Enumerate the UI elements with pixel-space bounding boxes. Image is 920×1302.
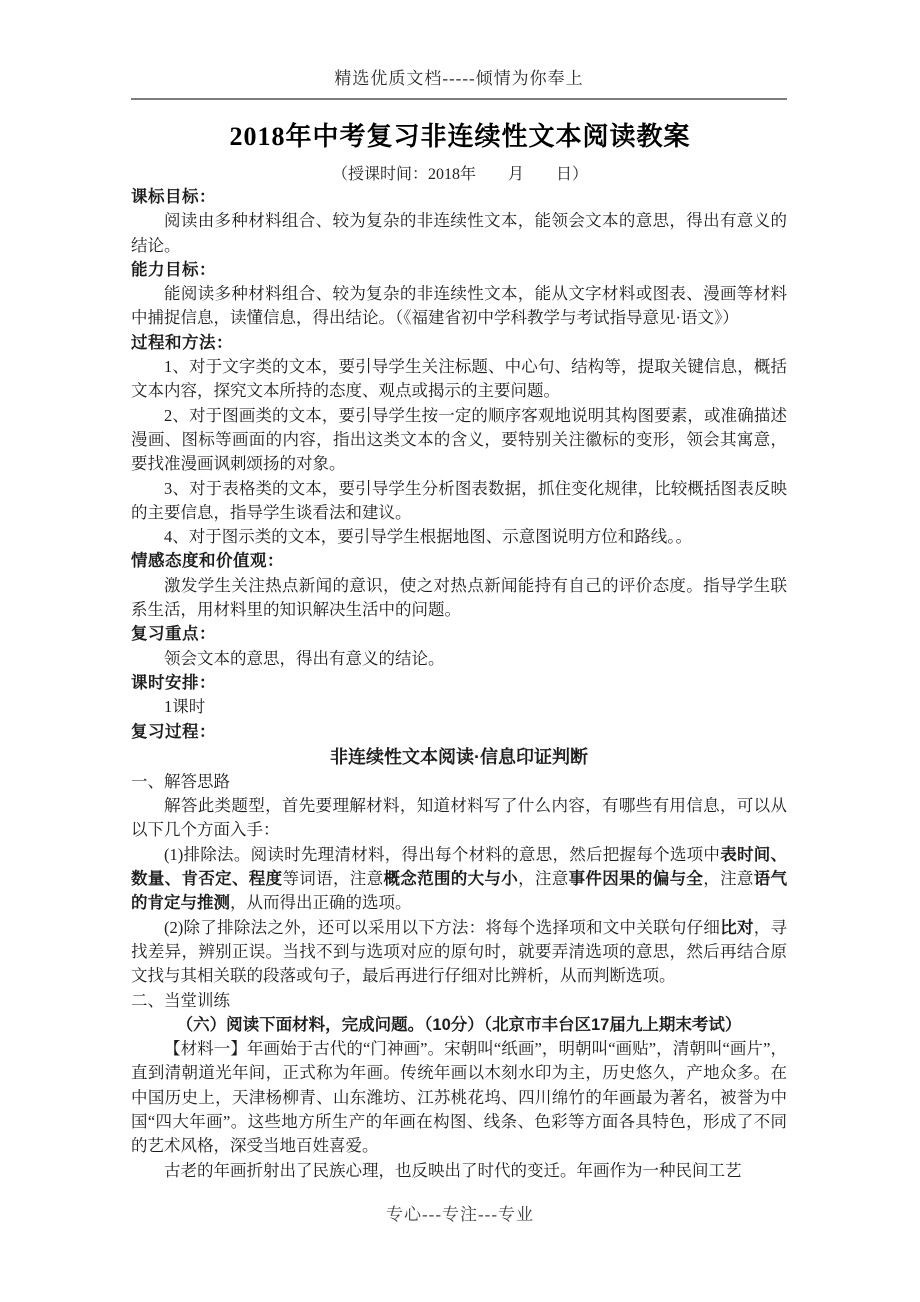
text-run: 古老的年画折射出了民族心理，也反映出了时代的变迁。年画作为一种民间工艺 [164, 1161, 742, 1180]
text-run: 非连续性文本阅读·信息印证判断 [330, 747, 588, 767]
paragraph: 解答此类题型，首先要理解材料，知道材料写了什么内容，有哪些有用信息，可以从以下几… [131, 794, 787, 843]
paragraph: (2)除了排除法之外，还可以采用以下方法：将每个选择项和文中关联句仔细比对，寻找… [131, 916, 787, 989]
text-run: 1课时 [164, 697, 205, 716]
paragraph: (1)排除法。阅读时先理清材料，得出每个材料的意思，然后把握每个选项中表时间、数… [131, 843, 787, 916]
document-title: 2018年中考复习非连续性文本阅读教案 [60, 116, 860, 153]
text-run: 课时安排： [131, 674, 216, 692]
paragraph: 能阅读多种材料组合、较为复杂的非连续性文本，能从文字材料或图表、漫画等材料中捕捉… [131, 282, 787, 331]
document-subtitle: （授课时间：2018年 月 日） [60, 161, 860, 184]
text-run: 课标目标： [131, 188, 216, 206]
text-run: 1、对于文字类的文本，要引导学生关注标题、中心句、结构等，提取关键信息，概括文本… [131, 357, 787, 400]
section-heading: 课时安排： [131, 671, 787, 695]
paragraph: 2、对于图画类的文本，要引导学生按一定的顺序客观地说明其构图要素，或准确描述漫画… [131, 404, 787, 477]
text-run: 能阅读多种材料组合、较为复杂的非连续性文本，能从文字材料或图表、漫画等材料中捕捉… [131, 284, 787, 327]
document-body: 课标目标：阅读由多种材料组合、较为复杂的非连续性文本，能领会文本的意思，得出有意… [131, 185, 787, 1197]
text-run: ，从而得出正确的选项。 [230, 893, 412, 912]
section-heading: 情感态度和价值观： [131, 549, 787, 573]
text-run: 能力目标： [131, 261, 216, 279]
text-run: 【材料一】年画始于古代的“门神画”。宋朝叫“纸画”，明朝叫“画贴”，清朝叫“画片… [131, 1039, 787, 1155]
text-run: 二、当堂训练 [131, 991, 230, 1010]
paragraph: 领会文本的意思，得出有意义的结论。 [131, 647, 787, 671]
paragraph: 【材料一】年画始于古代的“门神画”。宋朝叫“纸画”，明朝叫“画贴”，清朝叫“画片… [131, 1037, 787, 1158]
page-header-text: 精选优质文档-----倾情为你奉上 [131, 64, 787, 100]
text-run: (2)除了排除法之外，还可以采用以下方法：将每个选择项和文中关联句仔细 [164, 918, 720, 937]
text-run: 激发学生关注热点新闻的意识，使之对热点新闻能持有自己的评价态度。指导学生联系生活… [131, 576, 787, 619]
text-run: 一、解答思路 [131, 772, 230, 791]
paragraph: 激发学生关注热点新闻的意识，使之对热点新闻能持有自己的评价态度。指导学生联系生活… [131, 574, 787, 623]
text-run: 4、对于图示类的文本，要引导学生根据地图、示意图说明方位和路线。。 [164, 527, 692, 546]
text-run: 复习重点： [131, 625, 216, 643]
emphasized-text: 事件因果的偏与全 [569, 869, 704, 888]
emphasized-text: 比对 [720, 918, 754, 937]
paragraph: 4、对于图示类的文本，要引导学生根据地图、示意图说明方位和路线。。 [131, 525, 787, 549]
paragraph: 阅读由多种材料组合、较为复杂的非连续性文本，能领会文本的意思，得出有意义的结论。 [131, 209, 787, 258]
text-run: (1)排除法。阅读时先理清材料，得出每个材料的意思，然后把握每个选项中 [164, 845, 720, 864]
section-heading: 复习重点： [131, 622, 787, 646]
text-run: 情感态度和价值观： [131, 552, 284, 570]
paragraph: 3、对于表格类的文本，要引导学生分析图表数据，抓住变化规律，比较概括图表反映的主… [131, 477, 787, 526]
section-title: 非连续性文本阅读·信息印证判断 [131, 744, 787, 770]
page-footer-text: 专心---专注---专业 [0, 1200, 920, 1225]
text-run: 等词语，注意 [282, 869, 383, 888]
exercise-title: （六）阅读下面材料，完成问题。（10分）（北京市丰台区17届九上期末考试） [131, 1013, 787, 1037]
section-heading: 复习过程： [131, 720, 787, 744]
text-run: 解答此类题型，首先要理解材料，知道材料写了什么内容，有哪些有用信息，可以从以下几… [131, 796, 787, 839]
text-run: （六）阅读下面材料，完成问题。（10分）（北京市丰台区17届九上期末考试） [177, 1016, 742, 1034]
text-run: ，注意 [518, 869, 569, 888]
text-run: 领会文本的意思，得出有意义的结论。 [164, 649, 445, 668]
section-heading: 课标目标： [131, 185, 787, 209]
emphasized-text: 概念范围的大与小 [383, 869, 518, 888]
list-heading: 一、解答思路 [131, 770, 787, 794]
paragraph: 古老的年画折射出了民族心理，也反映出了时代的变迁。年画作为一种民间工艺 [131, 1159, 787, 1183]
document-page: 精选优质文档-----倾情为你奉上 2018年中考复习非连续性文本阅读教案 （授… [0, 0, 920, 1302]
section-heading: 过程和方法： [131, 331, 787, 355]
paragraph: 1课时 [131, 695, 787, 719]
list-heading: 二、当堂训练 [131, 989, 787, 1013]
text-run: 阅读由多种材料组合、较为复杂的非连续性文本，能领会文本的意思，得出有意义的结论。 [131, 211, 787, 254]
text-run: 2、对于图画类的文本，要引导学生按一定的顺序客观地说明其构图要素，或准确描述漫画… [131, 406, 787, 474]
text-run: 复习过程： [131, 723, 216, 741]
text-run: 3、对于表格类的文本，要引导学生分析图表数据，抓住变化规律，比较概括图表反映的主… [131, 479, 787, 522]
text-run: 过程和方法： [131, 334, 233, 352]
paragraph: 1、对于文字类的文本，要引导学生关注标题、中心句、结构等，提取关键信息，概括文本… [131, 355, 787, 404]
text-run: ，注意 [703, 869, 754, 888]
section-heading: 能力目标： [131, 258, 787, 282]
